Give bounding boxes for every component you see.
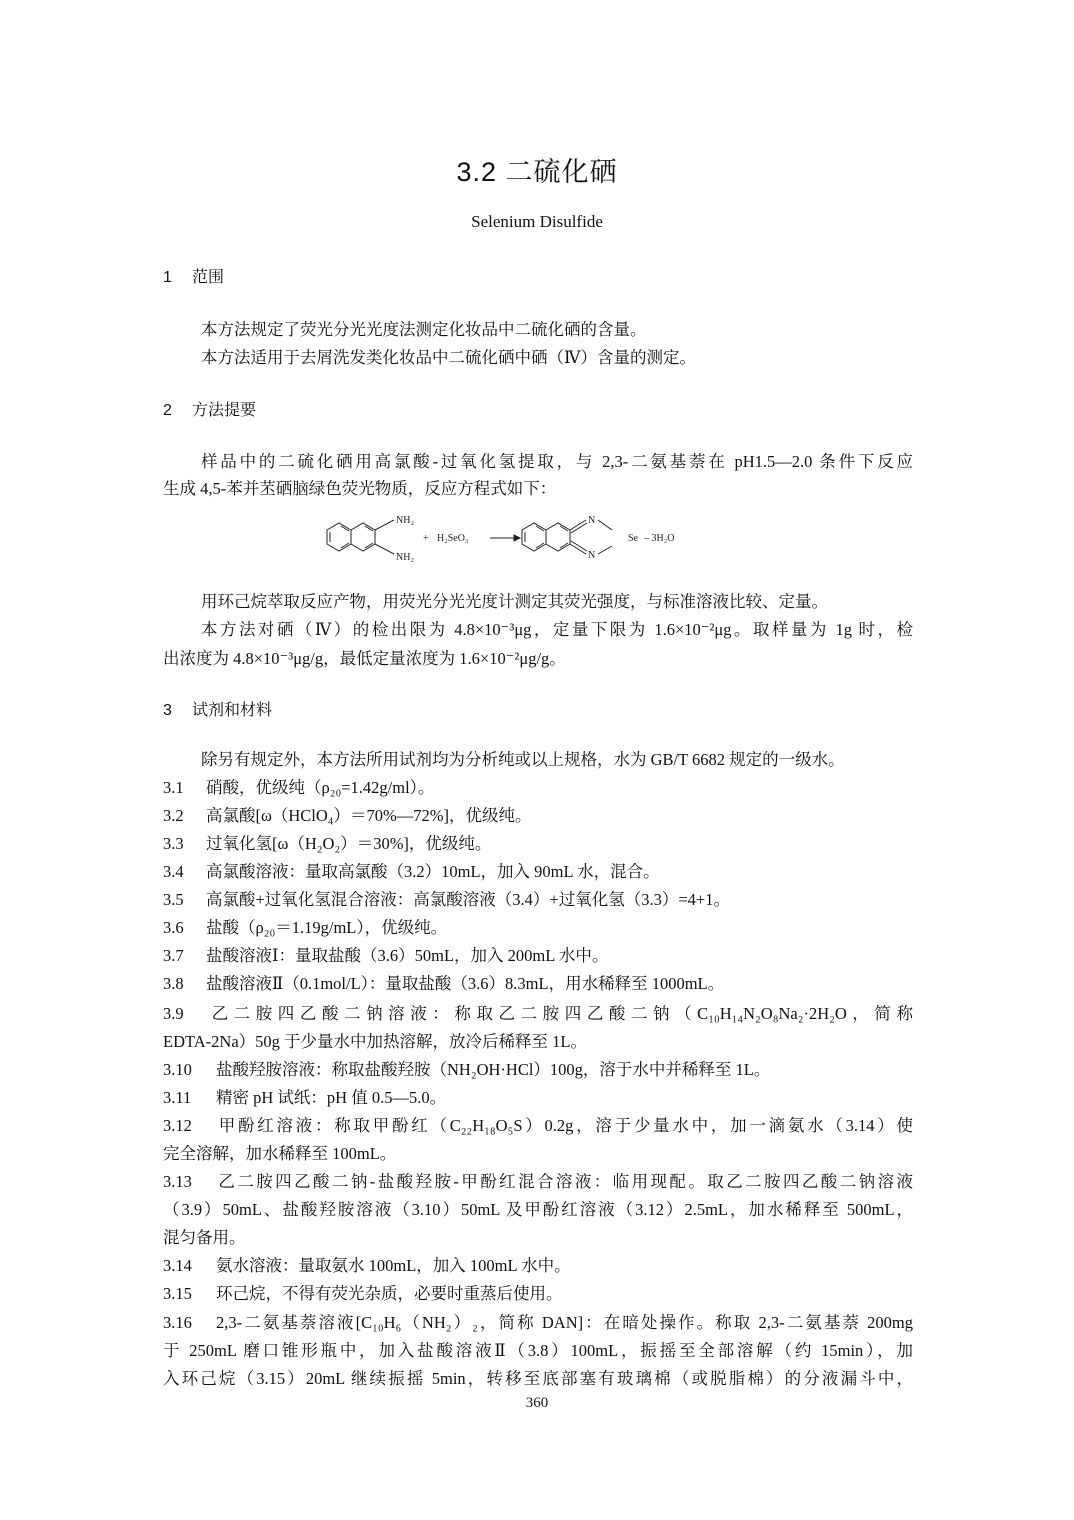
paragraph-continuation: 生成 4,5-苯并苤硒脑绿色荧光物质，反应方程式如下： [163, 475, 913, 499]
paragraph: 本方法适用于去屑洗发类化妆品中二硫化硒中硒（Ⅳ）含量的测定。 [201, 344, 951, 368]
list-item: 3.6盐酸（ρ₂₀＝1.19g/mL），优级纯。 [163, 914, 913, 938]
section-heading-2: 2方法提要 [163, 397, 256, 420]
svg-text:N: N [588, 515, 595, 526]
svg-text:+: + [423, 533, 429, 544]
paragraph: 样品中的二硫化硒用高氯酸-过氧化氢提取，与 2,3-二氨基萘在 pH1.5—2.… [201, 448, 913, 472]
list-item-continuation: 入环己烷（3.15）20mL 继续振摇 5min，转移至底部塞有玻璃棉（或脱脂棉… [163, 1365, 913, 1389]
section-number: 1 [163, 269, 192, 287]
paragraph: 本方法规定了荧光分光光度法测定化妆品中二硫化硒的含量。 [201, 316, 951, 340]
section-title: 方法提要 [192, 402, 256, 419]
chemical-structure-icon: NH₂ NH₂ + H₂SeO₃ N N Se – 3H₂O [322, 508, 702, 568]
list-item: 3.13乙二胺四乙酸二钠-盐酸羟胺-甲酚红混合溶液：临用现配。取乙二胺四乙酸二钠… [163, 1168, 913, 1192]
list-item: 3.8盐酸溶液Ⅱ（0.1mol/L）：量取盐酸（3.6）8.3mL，用水稀释至 … [163, 970, 913, 994]
list-item: 3.7盐酸溶液Ⅰ：量取盐酸（3.6）50mL，加入 200mL 水中。 [163, 942, 913, 966]
document-page: 3.2 二硫化硒 Selenium Disulfide 1范围 本方法规定了荧光… [0, 0, 1074, 1520]
svg-text:H₂SeO₃: H₂SeO₃ [437, 533, 468, 544]
list-item: 3.15环己烷，不得有荧光杂质，必要时重蒸后使用。 [163, 1280, 913, 1304]
list-item-continuation: 于 250mL 磨口锥形瓶中，加入盐酸溶液Ⅱ（3.8）100mL，振摇至全部溶解… [163, 1337, 913, 1361]
list-item-continuation: （3.9）50mL、盐酸羟胺溶液（3.10）50mL 及甲酚红溶液（3.12）2… [163, 1196, 913, 1220]
list-item: 3.10盐酸羟胺溶液：称取盐酸羟胺（NH₂OH·HCl）100g，溶于水中并稀释… [163, 1056, 913, 1080]
section-title: 试剂和材料 [192, 702, 272, 719]
list-item: 3.14氨水溶液：量取氨水 100mL，加入 100mL 水中。 [163, 1252, 913, 1276]
svg-text:– 3H₂O: – 3H₂O [643, 533, 674, 544]
page-subtitle: Selenium Disulfide [0, 212, 1074, 232]
reaction-equation: NH₂ NH₂ + H₂SeO₃ N N Se – 3H₂O [322, 508, 702, 568]
svg-text:Se: Se [628, 533, 639, 544]
list-item: 3.3过氧化氢[ω（H₂O₂）＝30%]，优级纯。 [163, 830, 913, 854]
section-heading-1: 1范围 [163, 264, 224, 287]
section-number: 3 [163, 702, 192, 720]
svg-text:NH₂: NH₂ [396, 552, 414, 563]
list-item: 3.1硝酸，优级纯（ρ₂₀=1.42g/ml）。 [163, 774, 913, 798]
svg-text:N: N [588, 550, 595, 561]
paragraph: 用环己烷萃取反应产物，用荧光分光光度计测定其荧光强度，与标准溶液比较、定量。 [201, 588, 951, 612]
section-number: 2 [163, 402, 192, 420]
list-item: 3.5高氯酸+过氧化氢混合溶液：高氯酸溶液（3.4）+过氧化氢（3.3）=4+1… [163, 886, 913, 910]
list-item-continuation: 混匀备用。 [163, 1224, 913, 1248]
list-item-continuation: EDTA-2Na）50g 于少量水中加热溶解，放冷后稀释至 1L。 [163, 1028, 913, 1052]
section-title: 范围 [192, 269, 224, 286]
paragraph: 除另有规定外，本方法所用试剂均为分析纯或以上规格，水为 GB/T 6682 规定… [201, 746, 951, 770]
list-item: 3.11精密 pH 试纸：pH 值 0.5—5.0。 [163, 1084, 913, 1108]
section-heading-3: 3试剂和材料 [163, 697, 272, 720]
list-item: 3.9乙二胺四乙酸二钠溶液：称取乙二胺四乙酸二钠（C₁₀H₁₄N₂O₈Na₂·2… [163, 1000, 913, 1024]
list-item: 3.162,3-二氨基萘溶液[C₁₀H₆（NH₂）₂，简称 DAN]：在暗处操作… [163, 1309, 913, 1333]
page-title: 3.2 二硫化硒 [0, 150, 1074, 189]
list-item: 3.12甲酚红溶液：称取甲酚红（C₂₂H₁₈O₅S）0.2g，溶于少量水中，加一… [163, 1112, 913, 1136]
svg-text:NH₂: NH₂ [396, 515, 414, 526]
paragraph: 本方法对硒（Ⅳ）的检出限为 4.8×10⁻³μg，定量下限为 1.6×10⁻²μ… [201, 616, 913, 640]
list-item-continuation: 完全溶解，加水稀释至 100mL。 [163, 1140, 913, 1164]
page-number: 360 [0, 1395, 1074, 1412]
paragraph-continuation: 出浓度为 4.8×10⁻³μg/g，最低定量浓度为 1.6×10⁻²μg/g。 [163, 645, 913, 669]
list-item: 3.2高氯酸[ω（HClO₄）＝70%—72%]，优级纯。 [163, 802, 913, 826]
list-item: 3.4高氯酸溶液：量取高氯酸（3.2）10mL，加入 90mL 水，混合。 [163, 858, 913, 882]
